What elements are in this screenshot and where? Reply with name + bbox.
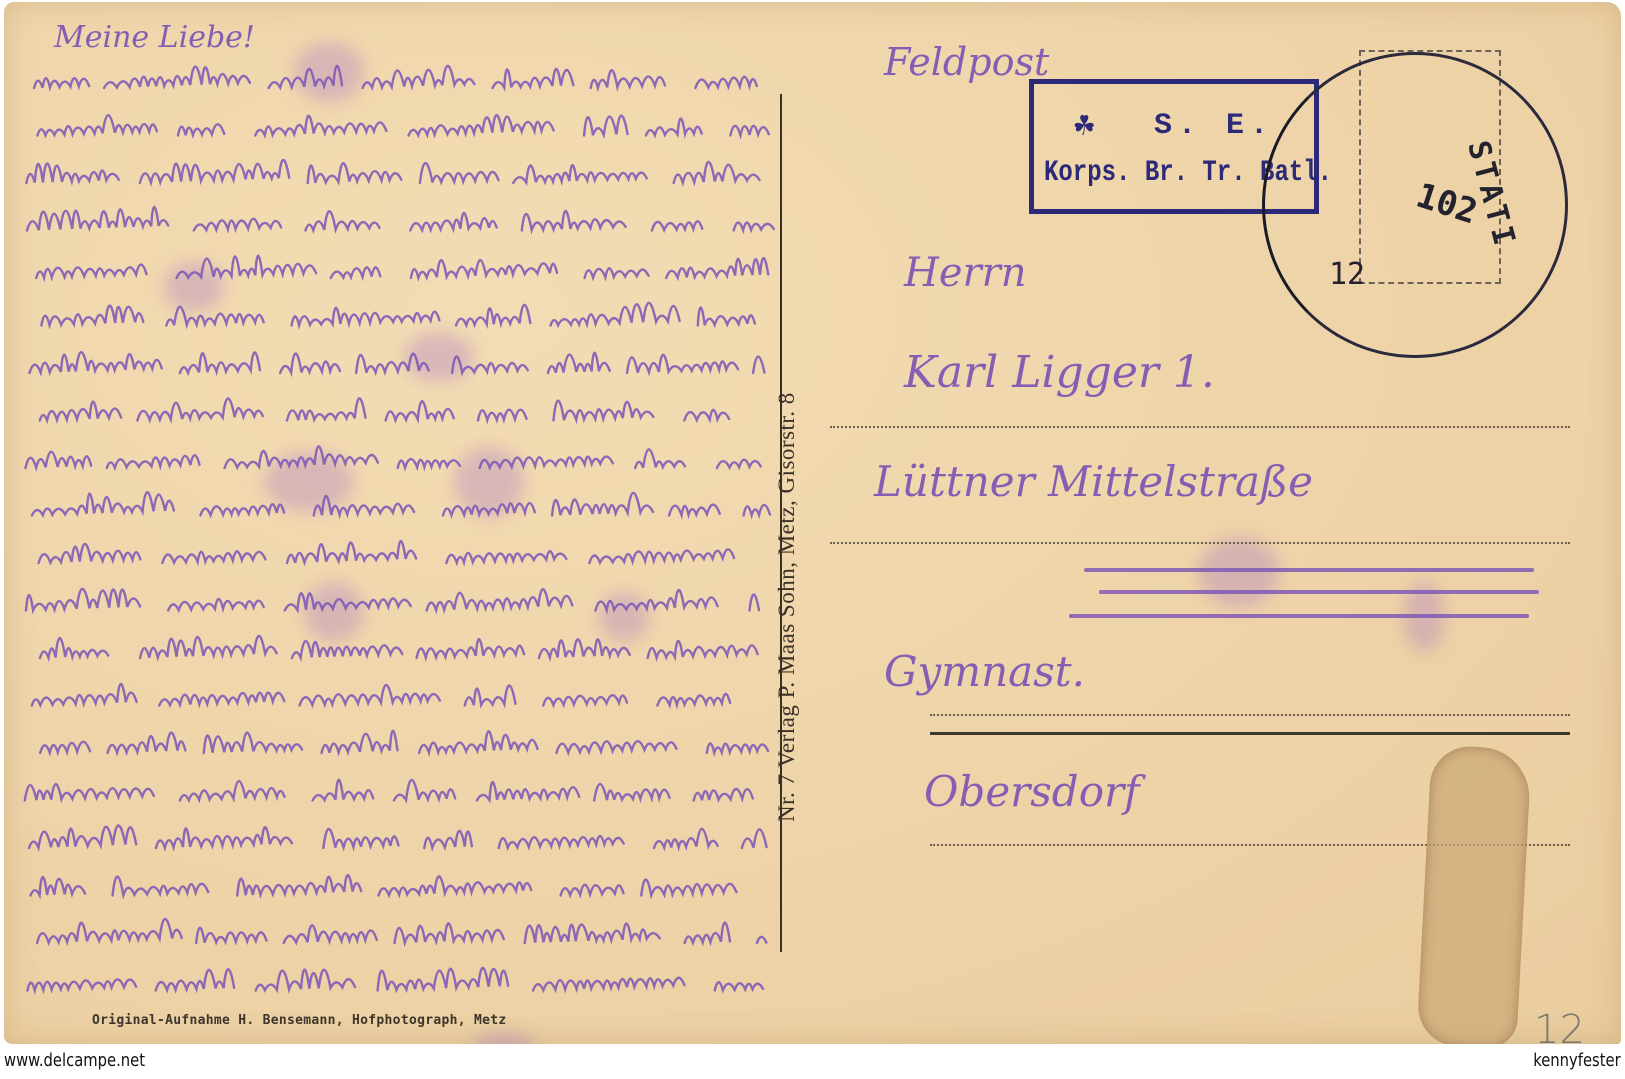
address-line-5: Obersdorf <box>924 767 1140 816</box>
footer-seller-name[interactable]: kennyfester <box>1534 1050 1621 1071</box>
feldpost-text: Feldpost <box>884 40 1049 84</box>
tape-residue <box>1416 745 1532 1044</box>
publisher-imprint: Nr. 7 Verlag P. Maas Sohn, Metz, Gisorst… <box>774 392 800 822</box>
footer-site-link[interactable]: www.delcampe.net <box>4 1050 145 1071</box>
address-line-4: Gymnast. <box>884 647 1085 696</box>
pencil-note: 12 <box>1534 1007 1585 1044</box>
address-dotted-line <box>930 714 1570 716</box>
address-line-1: Herrn <box>904 250 1027 296</box>
strikethrough-line <box>1069 614 1529 618</box>
address-line-3: Lüttner Mittelstraße <box>874 457 1313 506</box>
postcard: Meine Liebe! Feldpost Herrn Karl Ligger … <box>4 2 1621 1044</box>
clover-icon: ☘ <box>1074 104 1094 146</box>
photo-credit: Original-Aufnahme H. Bensemann, Hofphoto… <box>92 1013 506 1028</box>
greeting-text: Meine Liebe! <box>54 20 255 55</box>
postmark-date: 12 <box>1329 257 1365 292</box>
address-dotted-line <box>830 542 1570 544</box>
strikethrough-line <box>1099 590 1539 594</box>
unit-stamp-line1: S. E. <box>1154 109 1274 143</box>
address-dotted-line <box>830 426 1570 428</box>
address-solid-line <box>930 732 1570 735</box>
strikethrough-line <box>1084 568 1534 572</box>
address-line-2: Karl Ligger 1. <box>904 347 1215 398</box>
